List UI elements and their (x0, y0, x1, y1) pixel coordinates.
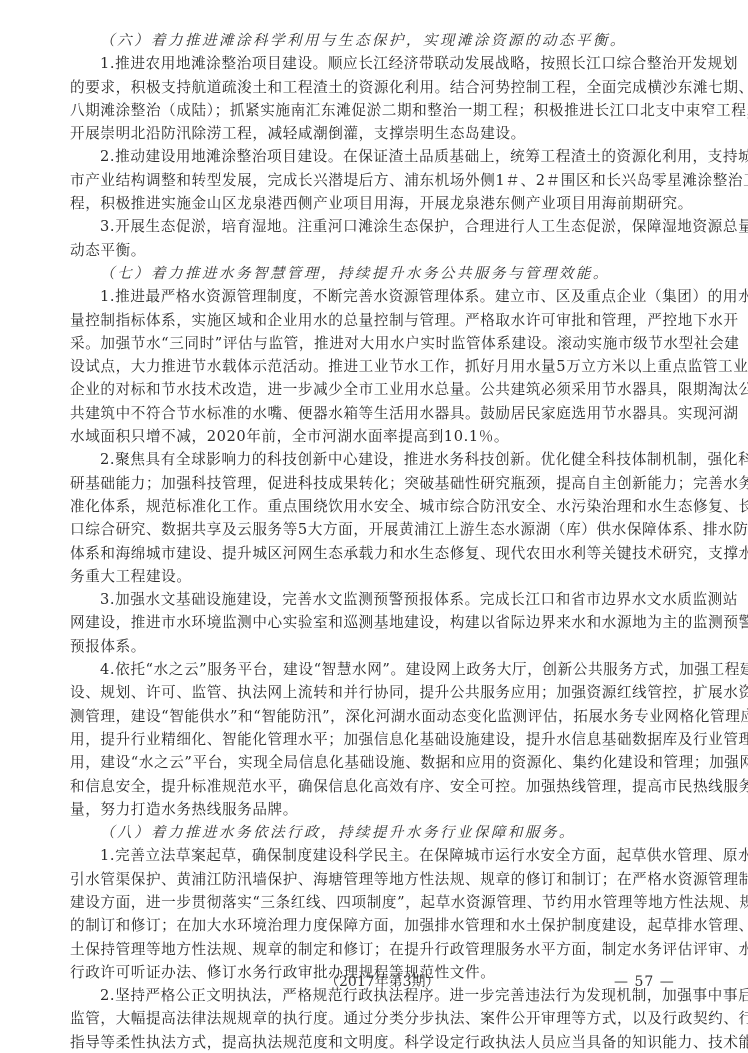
paragraph-line: 程，积极推进实施金山区龙泉港西侧产业项目用海，开展龙泉港东侧产业项目用海前期研究… (70, 192, 686, 215)
paragraph-line: 共建筑中不符合节水标准的水嘴、便器水箱等生活用水器具。鼓励居民家庭选用节水器具。… (70, 402, 686, 425)
paragraph-line: 的制订和修订；在加大水环境治理力度保障方面，加强排水管理和水土保护制度建设，起草… (70, 914, 686, 937)
paragraph-line: 3.加强水文基础设施建设，完善水文监测预警预报体系。完成长江口和省市边界水文水质… (70, 588, 686, 611)
paragraph-line: 1.推进农用地滩涂整治项目建设。顺应长江经济带联动发展战略，按照长江口综合整治开… (70, 52, 686, 75)
paragraph-line: 的要求，积极支持航道疏浚土和工程渣土的资源化利用。结合河势控制工程，全面完成横沙… (70, 76, 686, 99)
paragraph-line: 土保持管理等地方性法规、规章的制定和修订；在提升行政管理服务水平方面，制定水务评… (70, 938, 686, 961)
paragraph-line: 用，建设“水之云”平台，实现全局信息化基础设施、数据和应用的资源化、集约化建设和… (70, 751, 686, 774)
paragraph-line: 设试点，大力推进节水载体示范活动。推进工业节水工作，抓好月用水量5万立方米以上重… (70, 355, 686, 378)
paragraph-line: 引水管渠保护、黄浦江防汛墙保护、海塘管理等地方性法规、规章的修订和制订；在严格水… (70, 868, 686, 891)
paragraph-line: 体系和海绵城市建设、提升城区河网生态承载力和水生态修复、现代农田水利等关键技术研… (70, 542, 686, 565)
paragraph-line: 动态平衡。 (70, 239, 686, 262)
section-heading: （八）着力推进水务依法行政，持续提升水务行业保障和服务。 (70, 821, 686, 844)
paragraph-line: 3.开展生态促淤，培育湿地。注重河口滩涂生态保护，合理进行人工生态促淤，保障湿地… (70, 215, 686, 238)
paragraph-line: 务重大工程建设。 (70, 565, 686, 588)
paragraph-line: 水域面积只增不减，2020年前，全市河湖水面率提高到10.1％。 (70, 425, 686, 448)
paragraph-line: 口综合研究、数据共享及云服务等5大方面，开展黄浦江上游生态水源湖（库）供水保障体… (70, 518, 686, 541)
paragraph-line: 1.推进最严格水资源管理制度，不断完善水资源管理体系。建立市、区及重点企业（集团… (70, 285, 686, 308)
paragraph-line: 1.完善立法草案起草，确保制度建设科学民主。在保障城市运行水安全方面，起草供水管… (70, 844, 686, 867)
paragraph-line: 市产业结构调整和转型发展，完成长兴潜堤后方、浦东机场外侧1＃、2＃围区和长兴岛零… (70, 169, 686, 192)
footer-issue-label: （2017年第3期） (325, 972, 440, 992)
paragraph-line: 企业的对标和节水技术改造，进一步减少全市工业用水总量。公共建筑必须采用节水器具，… (70, 378, 686, 401)
paragraph-line: 指导等柔性执法方式，提高执法规范度和文明度。科学设定行政执法人员应当具备的知识能… (70, 1031, 686, 1053)
paragraph-line: 研基础能力；加强科技管理，促进科技成果转化；突破基础性研究瓶颈，提高自主创新能力… (70, 472, 686, 495)
paragraph-line: 测管理，建设“智能供水”和“智能防汛”，深化河湖水面动态变化监测评估，拓展水务专… (70, 705, 686, 728)
paragraph-line: 4.依托“水之云”服务平台，建设“智慧水网”。建设网上政务大厅，创新公共服务方式… (70, 658, 686, 681)
paragraph-line: 用，提升行业精细化、智能化管理水平；加强信息化基础设施建设，提升水信息基础数据库… (70, 728, 686, 751)
paragraph-line: 设、规划、许可、监管、执法网上流转和并行协同，提升公共服务应用；加强资源红线管控… (70, 681, 686, 704)
paragraph-line: 网建设，推进市水环境监测中心实验室和巡测基地建设，构建以省际边界来水和水源地为主… (70, 611, 686, 634)
paragraph-line: 开展崇明北沿防汛除涝工程，减轻咸潮倒灌，支撑崇明生态岛建设。 (70, 122, 686, 145)
body-text: （六）着力推进滩涂科学利用与生态保护，实现滩涂资源的动态平衡。1.推进农用地滩涂… (70, 29, 686, 1053)
section-heading: （七）着力推进水务智慧管理，持续提升水务公共服务与管理效能。 (70, 262, 686, 285)
paragraph-line: 八期滩涂整治（成陆）；抓紧实施南汇东滩促淤二期和整治一期工程；积极推进长江口北支… (70, 99, 686, 122)
document-page: （六）着力推进滩涂科学利用与生态保护，实现滩涂资源的动态平衡。1.推进农用地滩涂… (0, 0, 748, 1053)
paragraph-line: 建设方面，进一步贯彻落实“三条红线、四项制度”，起草水资源管理、节约用水管理等地… (70, 891, 686, 914)
paragraph-line: 和信息安全，提升标准规范水平，确保信息化高效有序、安全可控。加强热线管理，提高市… (70, 775, 686, 798)
footer-page-number: — 57 — (614, 972, 675, 992)
paragraph-line: 2.聚焦具有全球影响力的科技创新中心建设，推进水务科技创新。优化健全科技体制机制… (70, 448, 686, 471)
section-heading: （六）着力推进滩涂科学利用与生态保护，实现滩涂资源的动态平衡。 (70, 29, 686, 52)
paragraph-line: 监管，大幅提高法律法规规章的执行度。通过分类分步执法、案件公开审理等方式，以及行… (70, 1007, 686, 1030)
paragraph-line: 准化体系，规范标准化工作。重点围绕饮用水安全、城市综合防汛安全、水污染治理和水生… (70, 495, 686, 518)
paragraph-line: 采。加强节水“三同时”评估与监管，推进对大用水户实时监管体系建设。滚动实施市级节… (70, 332, 686, 355)
paragraph-line: 量控制指标体系，实施区域和企业用水的总量控制与管理。严格取水许可审批和管理，严控… (70, 309, 686, 332)
paragraph-line: 2.推动建设用地滩涂整治项目建设。在保证渣土品质基础上，统筹工程渣土的资源化利用… (70, 145, 686, 168)
paragraph-line: 量，努力打造水务热线服务品牌。 (70, 798, 686, 821)
paragraph-line: 预报体系。 (70, 635, 686, 658)
